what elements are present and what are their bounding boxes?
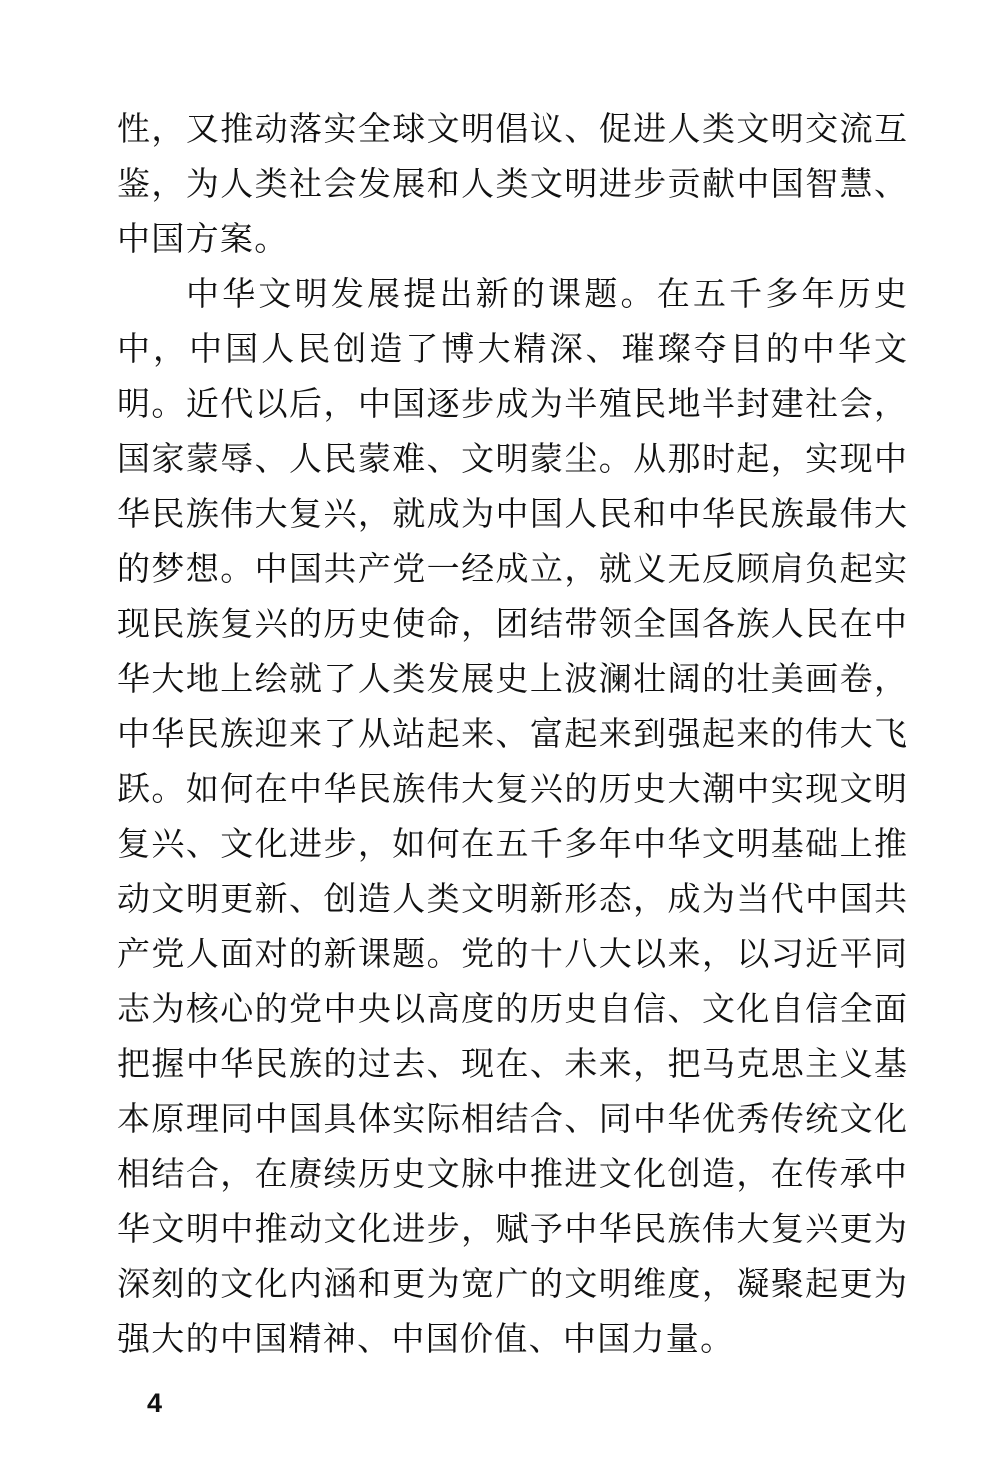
- document-page: 性，又推动落实全球文明倡议、促进人类文明交流互 鉴，为人类社会发展和人类文明进步…: [0, 0, 1000, 1457]
- text-line: 明。近代以后，中国逐步成为半殖民地半封建社会，: [117, 376, 907, 431]
- page-number: 4: [147, 1388, 162, 1419]
- text-line: 中，中国人民创造了博大精深、璀璨夺目的中华文: [117, 321, 907, 376]
- text-line: 强大的中国精神、中国价值、中国力量。: [117, 1311, 907, 1366]
- paragraph-1: 性，又推动落实全球文明倡议、促进人类文明交流互 鉴，为人类社会发展和人类文明进步…: [117, 101, 907, 266]
- text-line: 的梦想。中国共产党一经成立，就义无反顾肩负起实: [117, 541, 907, 596]
- text-line: 现民族复兴的历史使命，团结带领全国各族人民在中: [117, 596, 907, 651]
- text-line: 本原理同中国具体实际相结合、同中华优秀传统文化: [117, 1091, 907, 1146]
- text-line: 性，又推动落实全球文明倡议、促进人类文明交流互: [117, 101, 907, 156]
- text-line: 相结合，在赓续历史文脉中推进文化创造，在传承中: [117, 1146, 907, 1201]
- text-line: 深刻的文化内涵和更为宽广的文明维度，凝聚起更为: [117, 1256, 907, 1311]
- text-line: 华民族伟大复兴，就成为中国人民和中华民族最伟大: [117, 486, 907, 541]
- text-line: 国家蒙辱、人民蒙难、文明蒙尘。从那时起，实现中: [117, 431, 907, 486]
- text-line: 把握中华民族的过去、现在、未来，把马克思主义基: [117, 1036, 907, 1091]
- text-line: 华文明中推动文化进步，赋予中华民族伟大复兴更为: [117, 1201, 907, 1256]
- text-line: 跃。如何在中华民族伟大复兴的历史大潮中实现文明: [117, 761, 907, 816]
- text-line: 中国方案。: [117, 211, 907, 266]
- text-line: 鉴，为人类社会发展和人类文明进步贡献中国智慧、: [117, 156, 907, 211]
- text-line: 志为核心的党中央以高度的历史自信、文化自信全面: [117, 981, 907, 1036]
- paragraph-2: 中华文明发展提出新的课题。在五千多年历史 中，中国人民创造了博大精深、璀璨夺目的…: [117, 266, 907, 1366]
- body-text: 性，又推动落实全球文明倡议、促进人类文明交流互 鉴，为人类社会发展和人类文明进步…: [117, 101, 907, 1366]
- text-line: 动文明更新、创造人类文明新形态，成为当代中国共: [117, 871, 907, 926]
- text-line: 复兴、文化进步，如何在五千多年中华文明基础上推: [117, 816, 907, 871]
- text-line: 华大地上绘就了人类发展史上波澜壮阔的壮美画卷，: [117, 651, 907, 706]
- text-line: 中华民族迎来了从站起来、富起来到强起来的伟大飞: [117, 706, 907, 761]
- text-line: 产党人面对的新课题。党的十八大以来，以习近平同: [117, 926, 907, 981]
- text-line-indented: 中华文明发展提出新的课题。在五千多年历史: [117, 266, 907, 321]
